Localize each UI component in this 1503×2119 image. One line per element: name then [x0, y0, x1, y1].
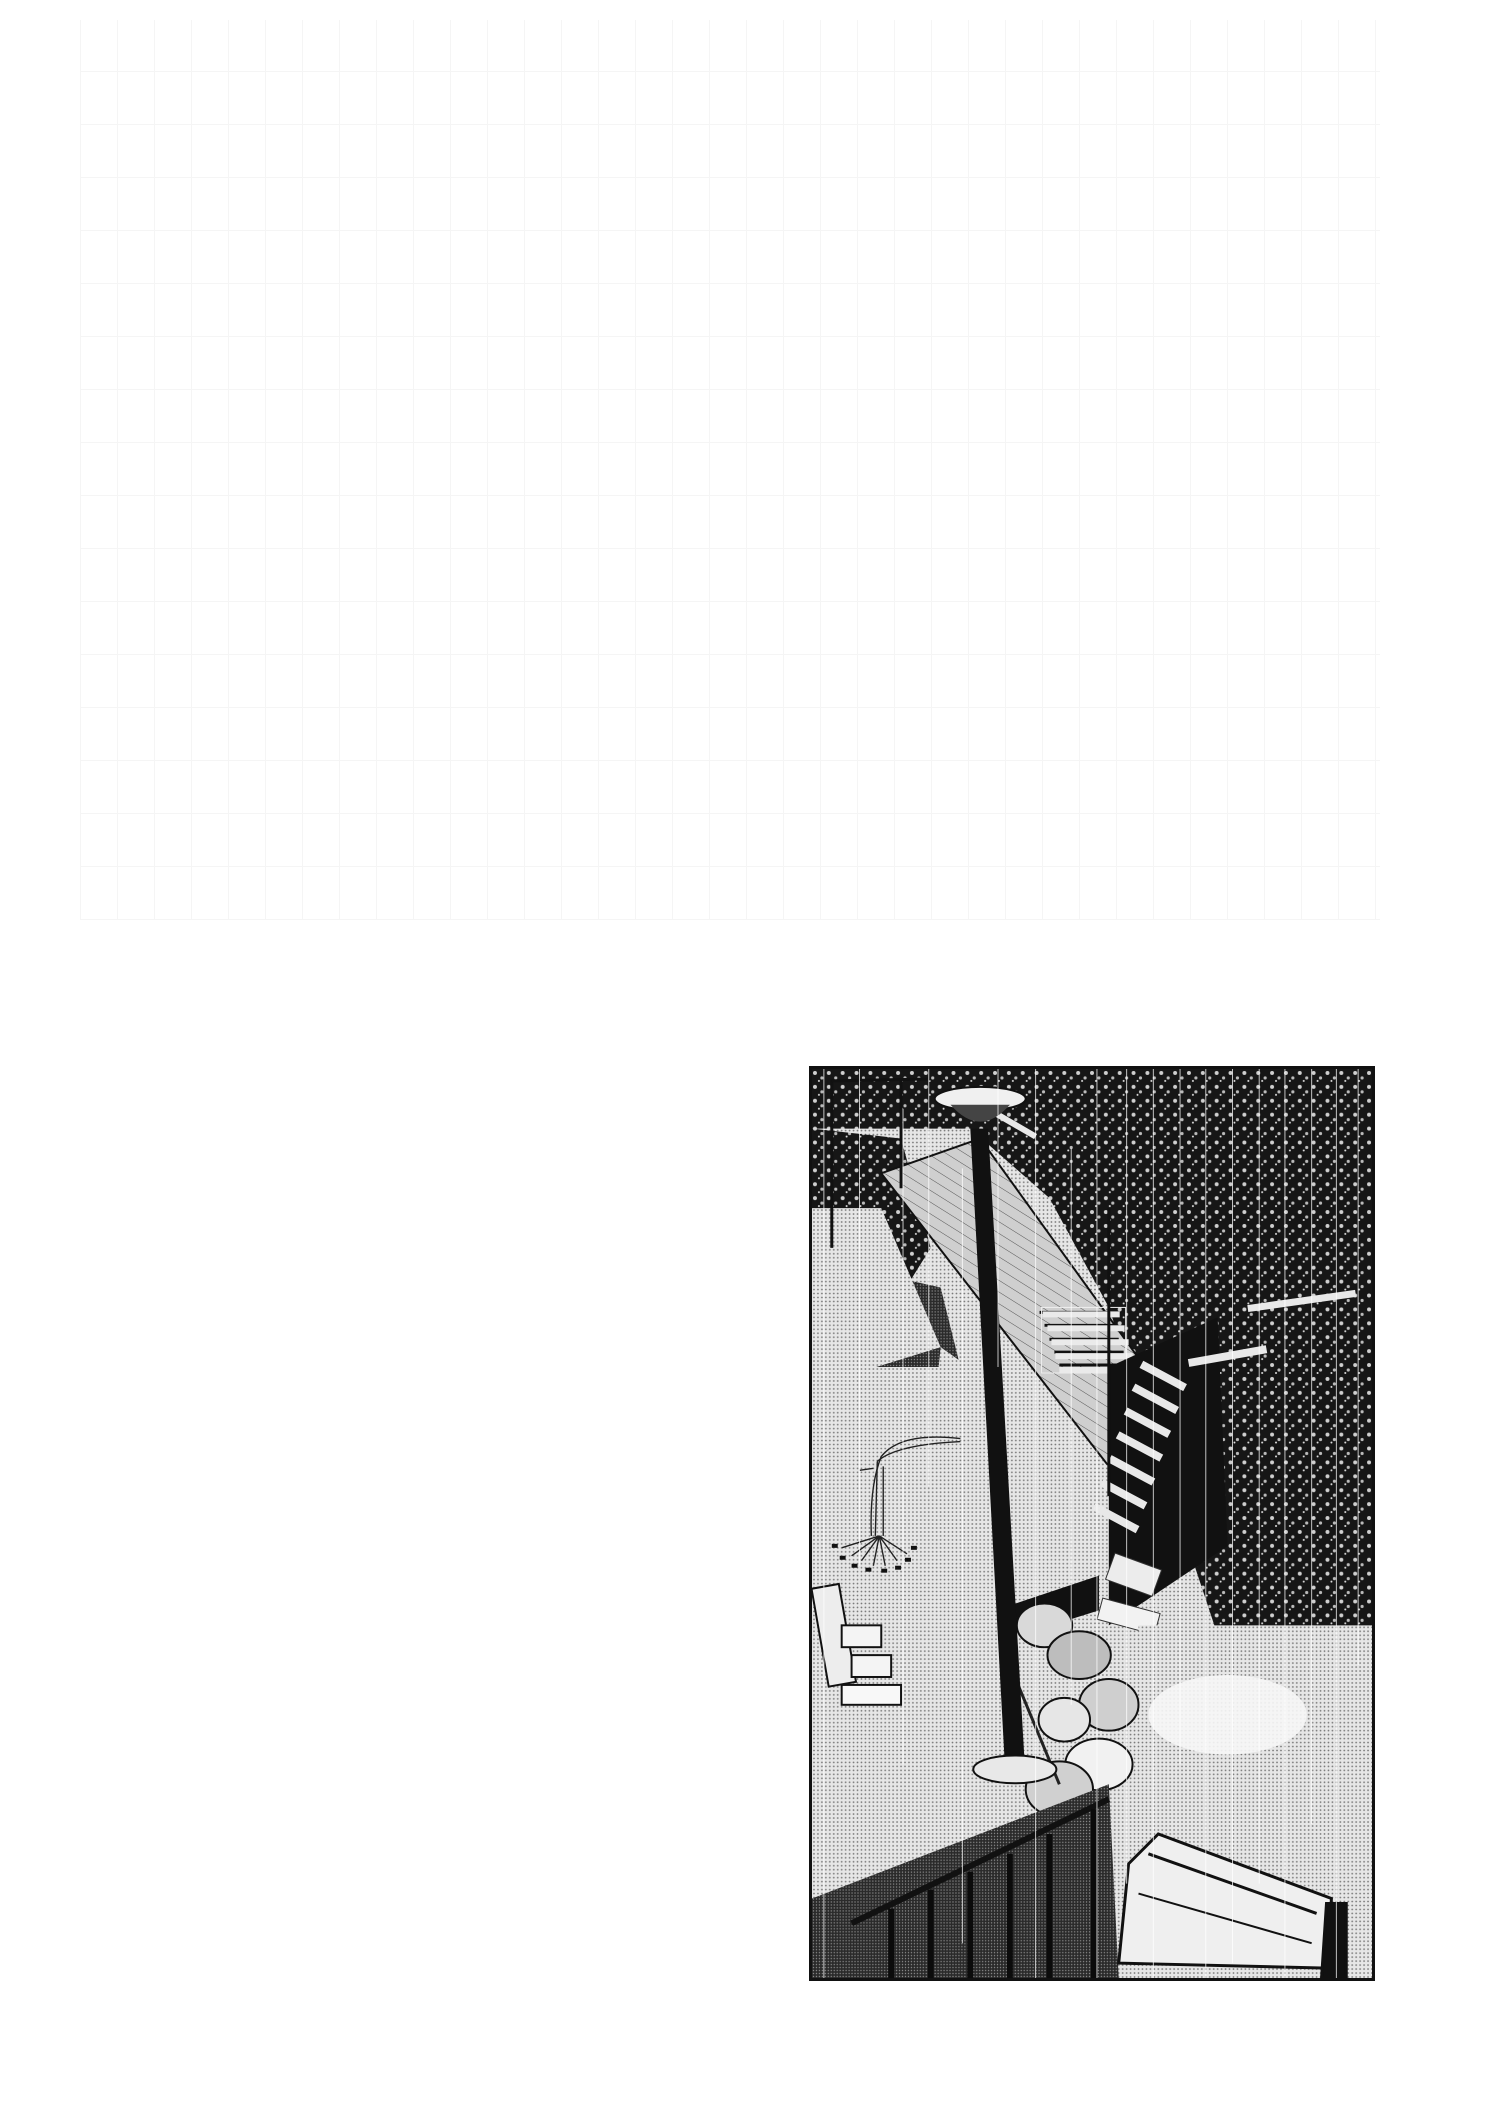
- manga-page: [0, 0, 1503, 2119]
- manga-panel: [809, 1066, 1375, 1981]
- paper-bleed-through: [80, 20, 1380, 920]
